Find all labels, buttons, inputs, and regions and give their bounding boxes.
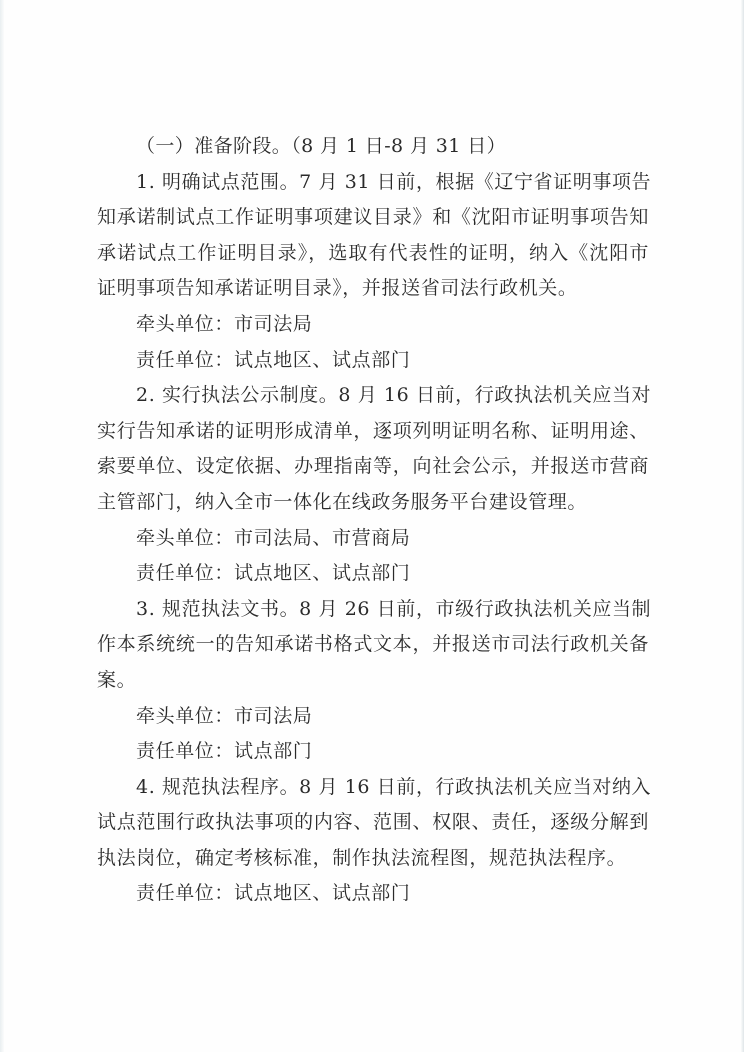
item-1-line-1: 1. 明确试点范围。7 月 31 日前，根据《辽宁省证明事项告 [97,165,649,201]
item-3-line-3: 案。 [97,663,649,699]
item-3-lead-unit: 牵头单位：市司法局 [97,699,649,735]
scan-edge-left [0,0,4,1052]
item-2-line-3: 索要单位、设定依据、办理指南等，向社会公示，并报送市营商 [97,449,649,485]
item-2-lead-unit: 牵头单位：市司法局、市营商局 [97,521,649,557]
item-1-responsible-unit: 责任单位：试点地区、试点部门 [97,343,649,379]
item-4-line-2: 试点范围行政执法事项的内容、范围、权限、责任，逐级分解到 [97,805,649,841]
document-page: （一）准备阶段。（8 月 1 日-8 月 31 日） 1. 明确试点范围。7 月… [0,0,744,1052]
item-1-line-3: 承诺试点工作证明目录》，选取有代表性的证明，纳入《沈阳市 [97,236,649,272]
item-3-responsible-unit: 责任单位：试点部门 [97,734,649,770]
item-2-line-4: 主管部门，纳入全市一体化在线政务服务平台建设管理。 [97,485,649,521]
item-3-line-2: 作本系统统一的告知承诺书格式文本，并报送市司法行政机关备 [97,627,649,663]
item-3-line-1: 3. 规范执法文书。8 月 26 日前，市级行政执法机关应当制 [97,592,649,628]
document-body: （一）准备阶段。（8 月 1 日-8 月 31 日） 1. 明确试点范围。7 月… [97,129,649,912]
item-1-line-4: 证明事项告知承诺证明目录》，并报送省司法行政机关。 [97,271,649,307]
stage-heading: （一）准备阶段。（8 月 1 日-8 月 31 日） [97,129,649,165]
item-2-line-2: 实行告知承诺的证明形成清单，逐项列明证明名称、证明用途、 [97,414,649,450]
item-2-responsible-unit: 责任单位：试点地区、试点部门 [97,556,649,592]
item-4-line-3: 执法岗位，确定考核标准，制作执法流程图，规范执法程序。 [97,841,649,877]
item-4-line-1: 4. 规范执法程序。8 月 16 日前，行政执法机关应当对纳入 [97,770,649,806]
item-1-lead-unit: 牵头单位：市司法局 [97,307,649,343]
item-4-responsible-unit: 责任单位：试点地区、试点部门 [97,876,649,912]
item-1-line-2: 知承诺制试点工作证明事项建议目录》和《沈阳市证明事项告知 [97,200,649,236]
item-2-line-1: 2. 实行执法公示制度。8 月 16 日前，行政执法机关应当对 [97,378,649,414]
